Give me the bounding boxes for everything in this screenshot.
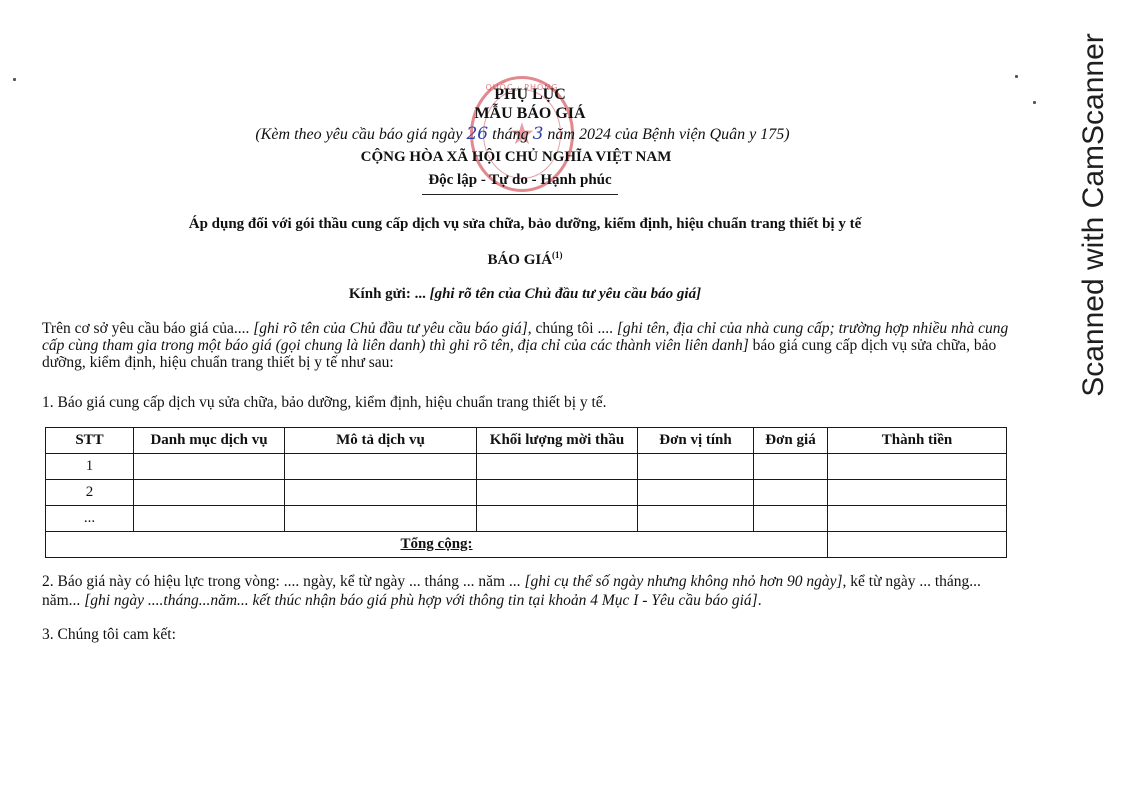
table-header-row: STT Danh mục dịch vụ Mô tả dịch vụ Khối … [46, 428, 1007, 454]
section-1-heading: 1. Báo giá cung cấp dịch vụ sửa chữa, bả… [42, 394, 1022, 411]
validity-placeholder-2: [ghi ngày ....tháng...năm... kết thúc nh… [84, 592, 758, 609]
footnote-marker: (1) [552, 250, 563, 260]
cell-unit-price [754, 480, 828, 506]
column-header-description: Mô tả dịch vụ [285, 428, 477, 454]
attachment-note-mid2: năm 2024 của Bệnh viện Quân y 175) [543, 126, 789, 143]
cell-unit [638, 480, 754, 506]
camscanner-watermark: Scanned with CamScanner [1074, 10, 1114, 420]
intro-text-2: , chúng tôi .... [528, 320, 617, 337]
document-title-text: BÁO GIÁ [487, 252, 552, 268]
column-header-unit-price: Đơn giá [754, 428, 828, 454]
scan-speck [13, 78, 16, 81]
national-title: CỘNG HÒA XÃ HỘI CHỦ NGHĨA VIỆT NAM [0, 149, 1032, 166]
motto-underline [422, 194, 618, 195]
cell-service [134, 506, 285, 532]
cell-quantity [477, 480, 638, 506]
column-header-service-list: Danh mục dịch vụ [134, 428, 285, 454]
validity-text-3: . [758, 592, 762, 609]
attachment-note-prefix: (Kèm theo yêu cầu báo giá ngày [255, 126, 466, 143]
validity-placeholder-1: [ghi cụ thể số ngày nhưng không nhỏ hơn … [524, 573, 842, 590]
total-label-cell: Tổng cộng: [46, 532, 828, 558]
cell-description [285, 506, 477, 532]
cell-stt: ... [46, 506, 134, 532]
scope-statement: Áp dụng đối với gói thầu cung cấp dịch v… [0, 216, 1050, 233]
cell-stt: 2 [46, 480, 134, 506]
column-header-stt: STT [46, 428, 134, 454]
watermark-text: Scanned with CamScanner [1077, 33, 1111, 397]
cell-unit-price [754, 506, 828, 532]
validity-text-1: 2. Báo giá này có hiệu lực trong vòng: .… [42, 573, 524, 590]
table-row: 1 [46, 454, 1007, 480]
appendix-heading: PHỤ LỤC [0, 86, 1060, 104]
section-3-commitment: 3. Chúng tôi cam kết: [42, 626, 1022, 643]
cell-amount [828, 506, 1007, 532]
cell-amount [828, 454, 1007, 480]
cell-stt: 1 [46, 454, 134, 480]
intro-placeholder-1: [ghi rõ tên của Chủ đầu tư yêu cầu báo g… [253, 320, 528, 337]
handwritten-month: 3 [533, 124, 544, 144]
cell-description [285, 480, 477, 506]
cell-unit [638, 454, 754, 480]
addressee-line: Kính gửi: ... [ghi rõ tên của Chủ đầu tư… [0, 286, 1050, 303]
section-2-validity: 2. Báo giá này có hiệu lực trong vòng: .… [42, 572, 1022, 610]
cell-quantity [477, 506, 638, 532]
column-header-unit: Đơn vị tính [638, 428, 754, 454]
column-header-amount: Thành tiền [828, 428, 1007, 454]
handwritten-day: 26 [466, 124, 488, 144]
addressee-placeholder: [ghi rõ tên của Chủ đầu tư yêu cầu báo g… [430, 286, 702, 302]
form-heading: MẪU BÁO GIÁ [0, 105, 1060, 123]
table-row: ... [46, 506, 1007, 532]
table-total-row: Tổng cộng: [46, 532, 1007, 558]
cell-service [134, 454, 285, 480]
cell-description [285, 454, 477, 480]
cell-amount [828, 480, 1007, 506]
attachment-note: (Kèm theo yêu cầu báo giá ngày 26 tháng … [0, 124, 1045, 144]
intro-text-1: Trên cơ sở yêu cầu báo giá của.... [42, 320, 253, 337]
total-label: Tổng cộng: [400, 536, 472, 552]
cell-quantity [477, 454, 638, 480]
cell-unit-price [754, 454, 828, 480]
attachment-note-mid1: tháng [488, 126, 532, 143]
table-row: 2 [46, 480, 1007, 506]
scan-speck [1015, 75, 1018, 78]
cell-unit [638, 506, 754, 532]
national-motto: Độc lập - Tự do - Hạnh phúc [0, 172, 1040, 189]
document-title: BÁO GIÁ(1) [0, 250, 1050, 269]
quotation-table: STT Danh mục dịch vụ Mô tả dịch vụ Khối … [45, 427, 1007, 558]
addressee-label: Kính gửi: ... [349, 286, 430, 302]
intro-paragraph: Trên cơ sở yêu cầu báo giá của.... [ghi … [42, 320, 1022, 371]
column-header-quantity: Khối lượng mời thầu [477, 428, 638, 454]
cell-service [134, 480, 285, 506]
total-value-cell [828, 532, 1007, 558]
